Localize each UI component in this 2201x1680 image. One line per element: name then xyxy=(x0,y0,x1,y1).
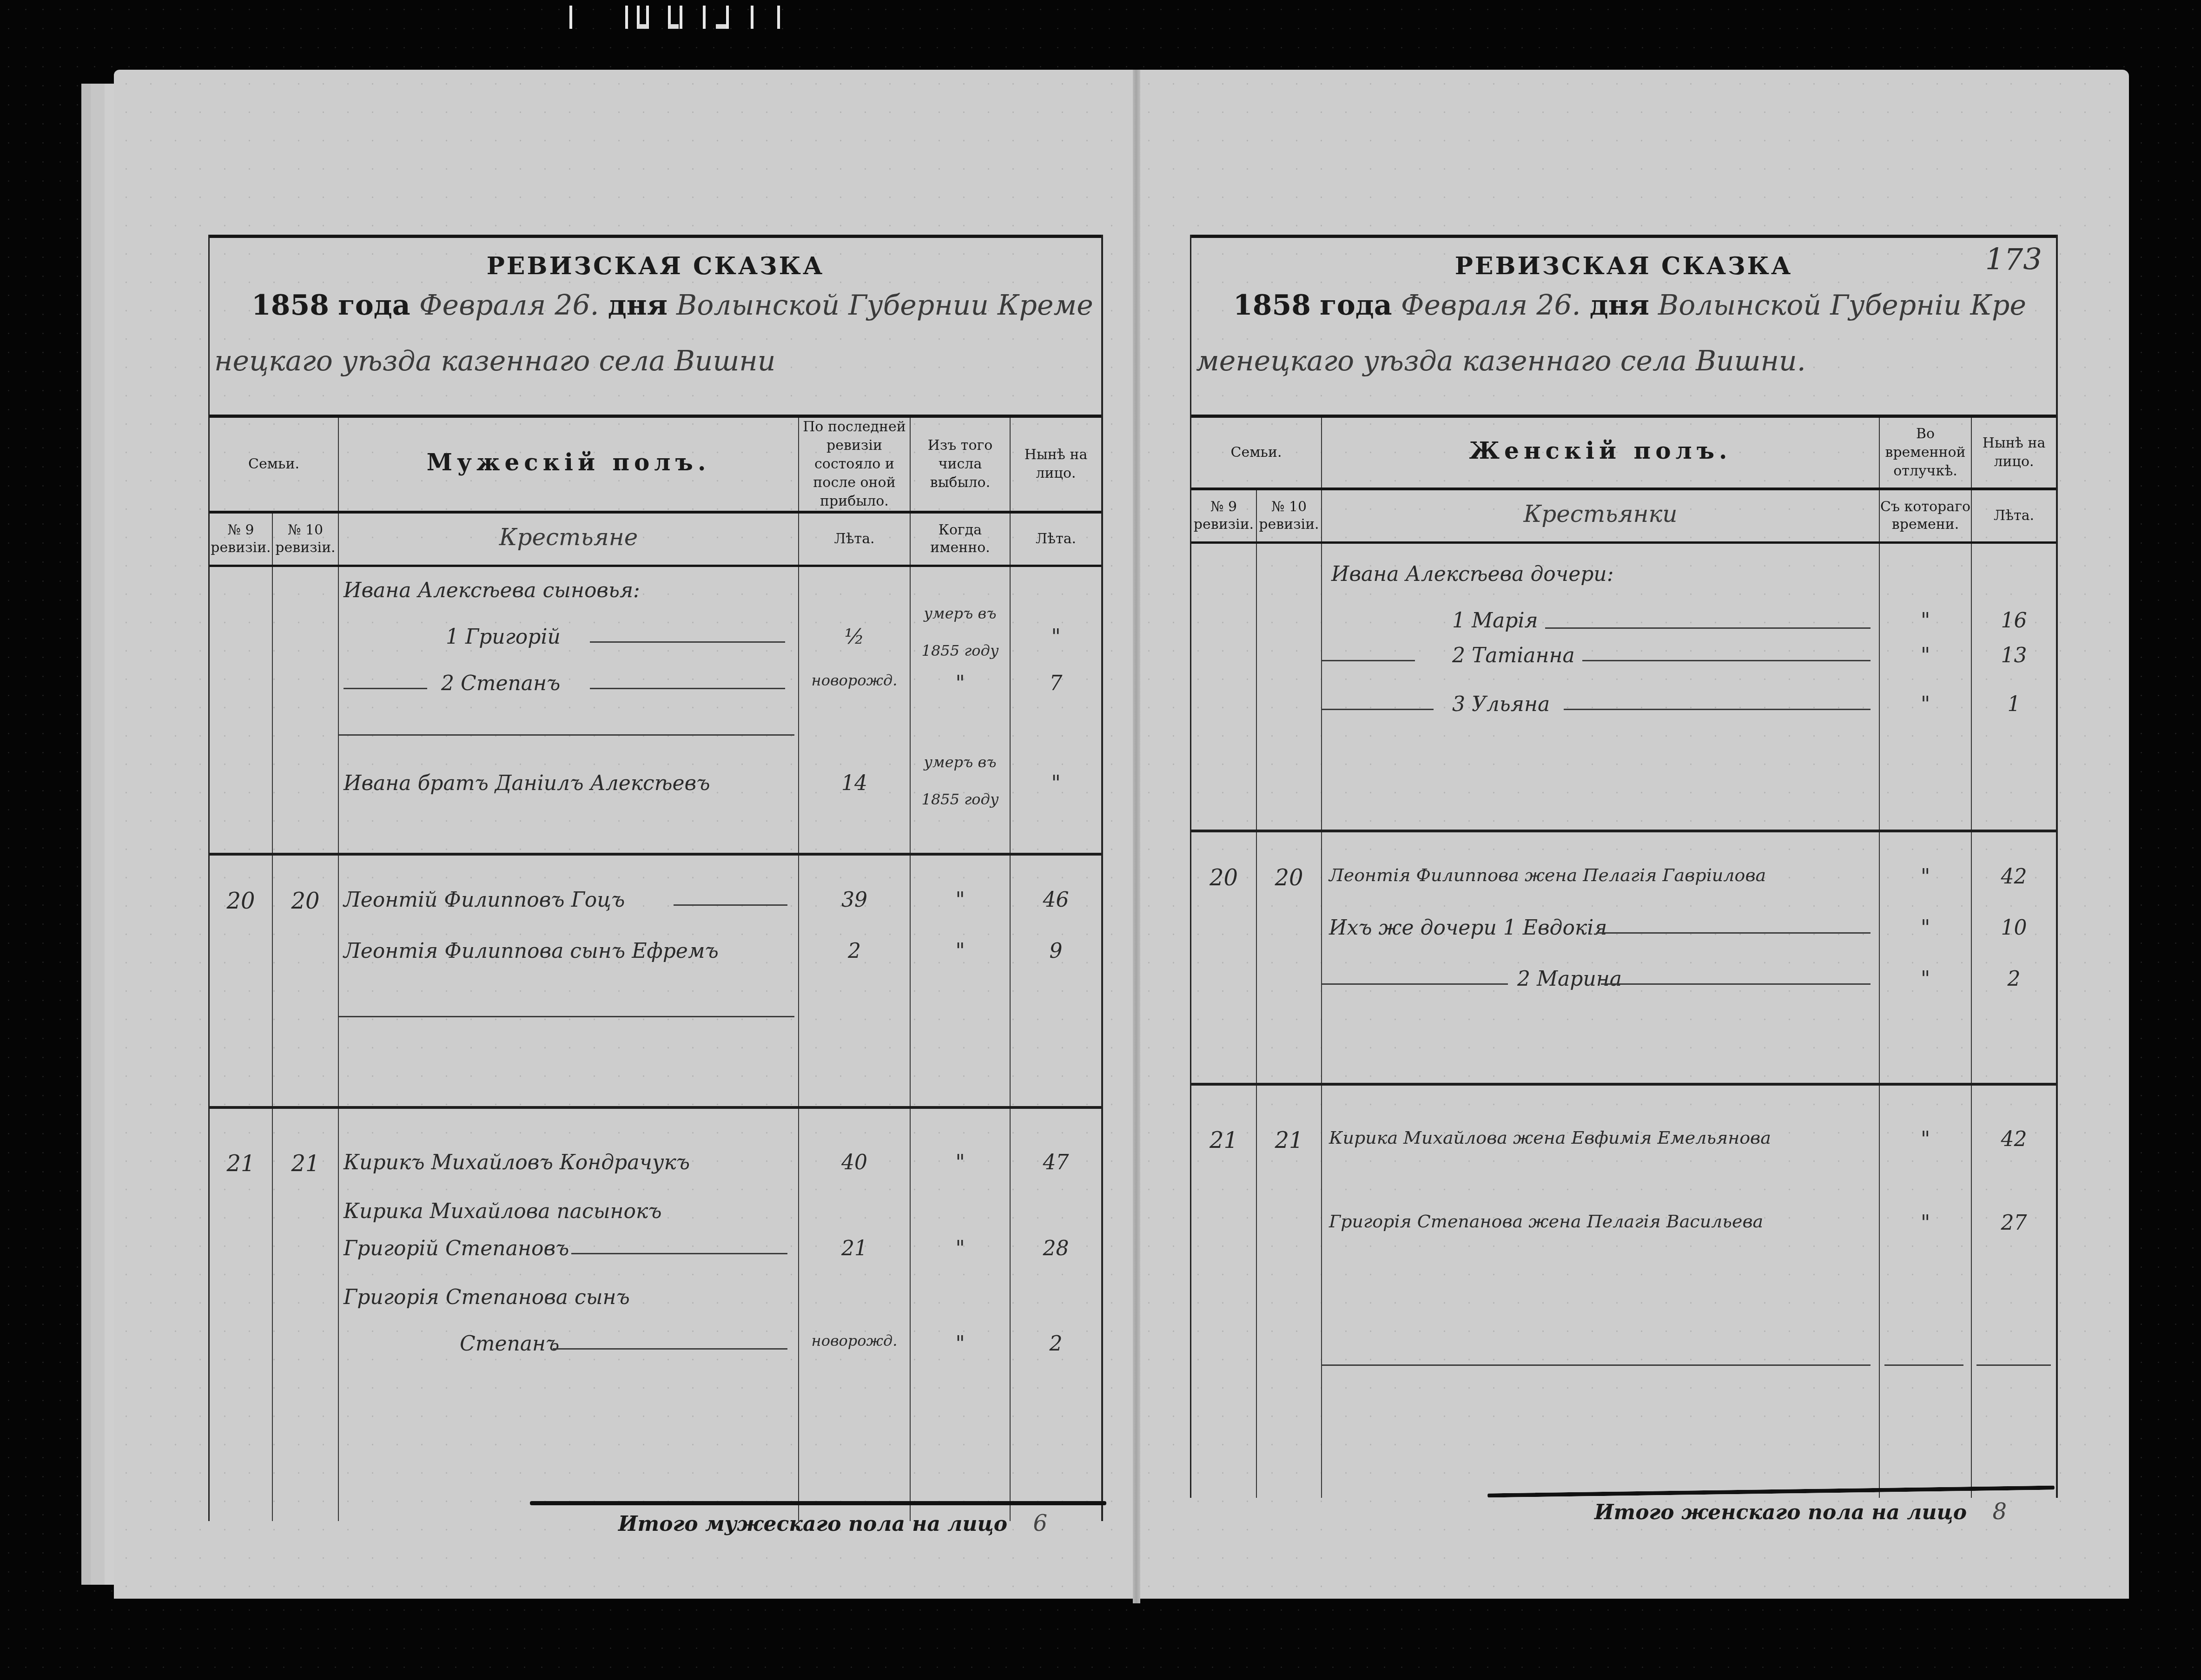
entry-name: Григорій Степановъ xyxy=(344,1237,798,1260)
cell-age-now: 46 9 xyxy=(1010,854,1101,1107)
entry-name: Ихъ же дочери 1 Евдокія xyxy=(1329,916,1879,940)
male-register-table: Семьи. Мужескій полъ. По последней ревиз… xyxy=(210,415,1101,1521)
male-total-value: 6 xyxy=(1033,1510,1047,1536)
cell-no9 xyxy=(210,566,272,854)
year: 1858 xyxy=(251,289,329,322)
cell-no9: 21 xyxy=(210,1107,272,1521)
cell-age-now: 42 10 2 xyxy=(1971,831,2056,1084)
top-rule xyxy=(210,235,1101,238)
cell-age-last: ½ новорожд. 14 xyxy=(799,566,910,854)
family-block-21: 21 21 Кирика Михайлова жена Евфимія Емел… xyxy=(1191,1084,2056,1498)
form-title: РЕВИЗСКАЯ СКАЗКА xyxy=(1191,252,2056,280)
form-header: РЕВИЗСКАЯ СКАЗКА 1858 года Февраля 26. д… xyxy=(210,238,1101,415)
col-departed: Изъ того числа выбыло. xyxy=(910,416,1010,513)
entry-name: Леонтія Филиппова сынъ Ефремъ xyxy=(344,939,798,963)
cell-age-now: 42 27 xyxy=(1971,1084,2056,1498)
col-sex-header: Мужескій полъ. xyxy=(338,416,799,513)
female-total-value: 8 xyxy=(1992,1499,2007,1525)
entry-name: Ивана братъ Даніилъ Алексѣевъ xyxy=(344,771,798,795)
day-word: дня xyxy=(608,289,668,322)
cell-age-last: 40 21 новорожд. xyxy=(799,1107,910,1521)
cell-no9: 20 xyxy=(1191,831,1256,1084)
date-line: 1858 года Февраля 26. дня Волынской Губе… xyxy=(251,289,1093,322)
place-line2: менецкаго уѣзда казеннаго села Вишни. xyxy=(1196,345,1806,377)
date-month: Февраля 26. xyxy=(1401,289,1581,322)
category-label: Крестьяне xyxy=(338,512,799,566)
col-last-revision: По последней ревизіи состояло и после он… xyxy=(799,416,910,513)
family-block-ivan: Ивана Алексѣева сыновья: 1 Григорій 2 Ст… xyxy=(210,566,1101,854)
archive-stamp-marks xyxy=(558,0,1441,37)
entry-name: Леонтія Филиппова жена Пелагія Гавріилов… xyxy=(1329,865,1879,885)
cell-names: Леонтій Филипповъ Гоцъ Леонтія Филиппова… xyxy=(338,854,799,1107)
col-no-9-revision: № 9 ревизіи. xyxy=(210,512,272,566)
cell-names: Ивана Алексѣева дочери: 1 Марія 2 Татіан… xyxy=(1322,543,1879,831)
place-line1: Волынской Губернии Креме xyxy=(676,289,1093,322)
col-departed-when: Когда именно. xyxy=(910,512,1010,566)
col-present: Нынѣ на лицо. xyxy=(1010,416,1101,513)
cell-no9 xyxy=(1191,543,1256,831)
cell-names: Ивана Алексѣева сыновья: 1 Григорій 2 Ст… xyxy=(338,566,799,854)
year: 1858 xyxy=(1233,289,1311,322)
day-word: дня xyxy=(1590,289,1649,322)
book-gutter xyxy=(1133,70,1140,1603)
col-no-10-revision: № 10 ревизіи. xyxy=(272,512,338,566)
entry-name: Степанъ xyxy=(460,1332,798,1356)
cell-no10: 20 xyxy=(1256,831,1322,1084)
cell-names: Леонтія Филиппова жена Пелагія Гавріилов… xyxy=(1322,831,1879,1084)
place-line1: Волынской Губерніи Кре xyxy=(1658,289,2026,322)
col-families: Семьи. xyxy=(210,416,338,513)
col-sex-header: Женскій полъ. xyxy=(1322,416,1879,489)
family-block-ivan: Ивана Алексѣева дочери: 1 Марія 2 Татіан… xyxy=(1191,543,2056,831)
entry-name: 1 Марія xyxy=(1452,609,1879,632)
right-form: РЕВИЗСКАЯ СКАЗКА 173 1858 года Февраля 2… xyxy=(1190,235,2058,1498)
entry-name: Леонтій Филипповъ Гоцъ xyxy=(344,888,798,912)
col-last-revision-years: Лѣта. xyxy=(799,512,910,566)
entry-name: 2 Татіанна xyxy=(1452,644,1879,667)
date-line: 1858 года Февраля 26. дня Волынской Губе… xyxy=(1233,289,2026,322)
entry-name: Кирика Михайлова пасынокъ xyxy=(344,1199,798,1223)
left-form: РЕВИЗСКАЯ СКАЗКА 1858 года Февраля 26. д… xyxy=(208,235,1103,1521)
cell-absence: " " " xyxy=(1879,831,1971,1084)
male-total-rule xyxy=(530,1501,1106,1505)
cell-names: Кирика Михайлова жена Евфимія Емельянова… xyxy=(1322,1084,1879,1498)
cell-no10: 21 xyxy=(272,1107,338,1521)
cell-no9: 20 xyxy=(210,854,272,1107)
entry-name: Кирика Михайлова жена Евфимія Емельянова xyxy=(1329,1127,1879,1148)
family-block-20: 20 20 Леонтія Филиппова жена Пелагія Гав… xyxy=(1191,831,2056,1084)
cell-departed: умеръ въ 1855 году " умеръ въ 1855 году xyxy=(910,566,1010,854)
entry-name: 2 Степанъ xyxy=(441,672,798,695)
male-total: Итого мужескаго пола на лицо 6 xyxy=(618,1510,1047,1536)
cell-no9: 21 xyxy=(1191,1084,1256,1498)
cell-age-now: 47 28 2 xyxy=(1010,1107,1101,1521)
cell-departed: " " " xyxy=(910,1107,1010,1521)
entry-name: Григорія Степанова жена Пелагія Васильев… xyxy=(1329,1211,1879,1232)
entry-name: 2 Марина xyxy=(1517,967,1879,991)
entry-name: Кирикъ Михайловъ Кондрачукъ xyxy=(344,1151,798,1174)
col-no-10-revision: № 10 ревизіи. xyxy=(1256,489,1322,543)
cell-departed: " " xyxy=(910,854,1010,1107)
cell-no10: 20 xyxy=(272,854,338,1107)
col-families: Семьи. xyxy=(1191,416,1322,489)
form-title: РЕВИЗСКАЯ СКАЗКА xyxy=(210,252,1101,280)
cell-no10: 21 xyxy=(1256,1084,1322,1498)
year-word: года xyxy=(1320,289,1392,322)
cell-absence: " " xyxy=(1879,1084,1971,1498)
col-present-years: Лѣта. xyxy=(1971,489,2056,543)
cell-no10 xyxy=(272,566,338,854)
family-block-20: 20 20 Леонтій Филипповъ Гоцъ Леонтія Фил… xyxy=(210,854,1101,1107)
entry-name: Ивана Алексѣева сыновья: xyxy=(344,579,798,602)
cell-age-now: 16 13 1 xyxy=(1971,543,2056,831)
col-present: Нынѣ на лицо. xyxy=(1971,416,2056,489)
family-block-21: 21 21 Кирикъ Михайловъ Кондрачукъ Кирика… xyxy=(210,1107,1101,1521)
entry-name: 3 Ульяна xyxy=(1452,692,1879,716)
female-register-table: Семьи. Женскій полъ. Во временной отлучк… xyxy=(1191,415,2056,1498)
form-header: РЕВИЗСКАЯ СКАЗКА 173 1858 года Февраля 2… xyxy=(1191,238,2056,415)
date-month: Февраля 26. xyxy=(419,289,599,322)
entry-name: 1 Григорій xyxy=(446,625,798,649)
col-no-9-revision: № 9 ревизіи. xyxy=(1191,489,1256,543)
cell-age-now: " 7 " xyxy=(1010,566,1101,854)
cell-names: Кирикъ Михайловъ Кондрачукъ Кирика Михай… xyxy=(338,1107,799,1521)
col-absence: Во временной отлучкѣ. xyxy=(1879,416,1971,489)
entry-name: Григорія Степанова сынъ xyxy=(344,1285,798,1309)
entry-name: Ивана Алексѣева дочери: xyxy=(1331,562,1879,586)
place-line2: нецкаго уѣзда казеннаго села Вишни xyxy=(214,345,775,377)
col-absence-since: Съ котораго времени. xyxy=(1879,489,1971,543)
category-label: Крестьянки xyxy=(1322,489,1879,543)
cell-no10 xyxy=(1256,543,1322,831)
year-word: года xyxy=(338,289,410,322)
male-total-label: Итого мужескаго пола на лицо xyxy=(618,1512,1007,1536)
top-rule xyxy=(1191,235,2056,238)
cell-age-last: 39 2 xyxy=(799,854,910,1107)
col-present-years: Лѣта. xyxy=(1010,512,1101,566)
folio-number: 173 xyxy=(1985,243,2042,277)
female-total-label: Итого женскаго пола на лицо xyxy=(1594,1501,1967,1524)
cell-absence: " " " xyxy=(1879,543,1971,831)
female-total: Итого женскаго пола на лицо 8 xyxy=(1594,1499,2007,1525)
